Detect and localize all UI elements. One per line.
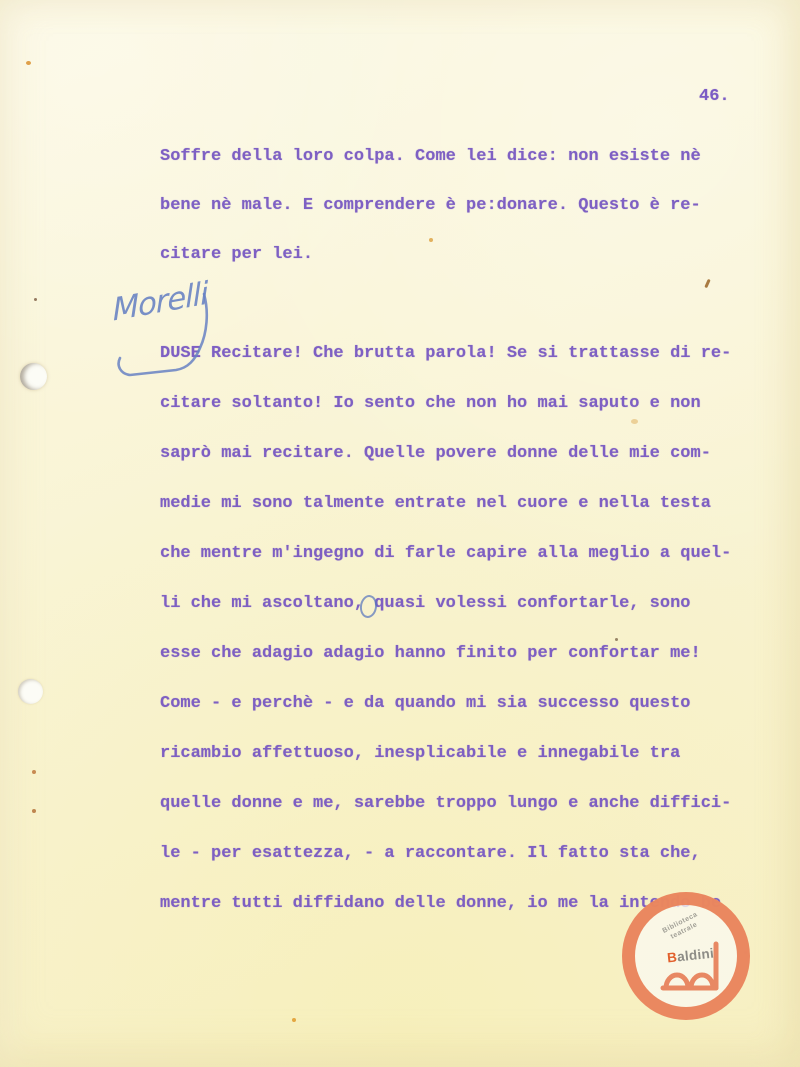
typewritten-line: le - per esattezza, - a raccontare. Il f…: [160, 845, 731, 895]
paper-speck: [615, 638, 618, 641]
typewritten-line: li che mi ascoltano, quasi volessi confo…: [160, 595, 731, 645]
page-number: 46.: [699, 87, 730, 106]
paper-speck: [32, 809, 36, 813]
typewritten-line: quelle donne e me, sarebbe troppo lungo …: [160, 795, 731, 845]
typewritten-line: ricambio affettuoso, inesplicabile e inn…: [160, 745, 731, 795]
pen-bracket-mark: [100, 278, 230, 403]
paper-speck: [26, 61, 31, 65]
typewritten-line: Come - e perchè - e da quando mi sia suc…: [160, 695, 731, 745]
typewritten-line: citare per lei.: [160, 246, 701, 295]
paragraph-1: Soffre della loro colpa. Come lei dice: …: [160, 148, 701, 295]
scanned-typescript-page: 46. Soffre della loro colpa. Come lei di…: [0, 0, 800, 1067]
typewritten-line: esse che adagio adagio hanno finito per …: [160, 645, 731, 695]
paper-speck: [32, 770, 36, 774]
punch-hole: [20, 363, 47, 390]
dialogue-block: DUSE Recitare! Che brutta parola! Se si …: [160, 345, 731, 945]
library-stamp: Biblioteca teatrale Baldini: [622, 892, 750, 1020]
paper-speck: [292, 1018, 296, 1022]
punch-hole: [18, 679, 43, 704]
paper-speck: [34, 298, 37, 301]
typewritten-line: Soffre della loro colpa. Come lei dice: …: [160, 148, 701, 197]
typewritten-line: citare soltanto! Io sento che non ho mai…: [160, 395, 731, 445]
typewritten-line: che mentre m'ingegno di farle capire all…: [160, 545, 731, 595]
typewritten-line: medie mi sono talmente entrate nel cuore…: [160, 495, 731, 545]
typewritten-line: DUSE Recitare! Che brutta parola! Se si …: [160, 345, 731, 395]
typewritten-line: saprò mai recitare. Quelle povere donne …: [160, 445, 731, 495]
paper-speck: [704, 279, 710, 288]
paper-speck: [631, 419, 638, 424]
open-book-icon: [657, 938, 723, 994]
paper-speck: [429, 238, 433, 242]
